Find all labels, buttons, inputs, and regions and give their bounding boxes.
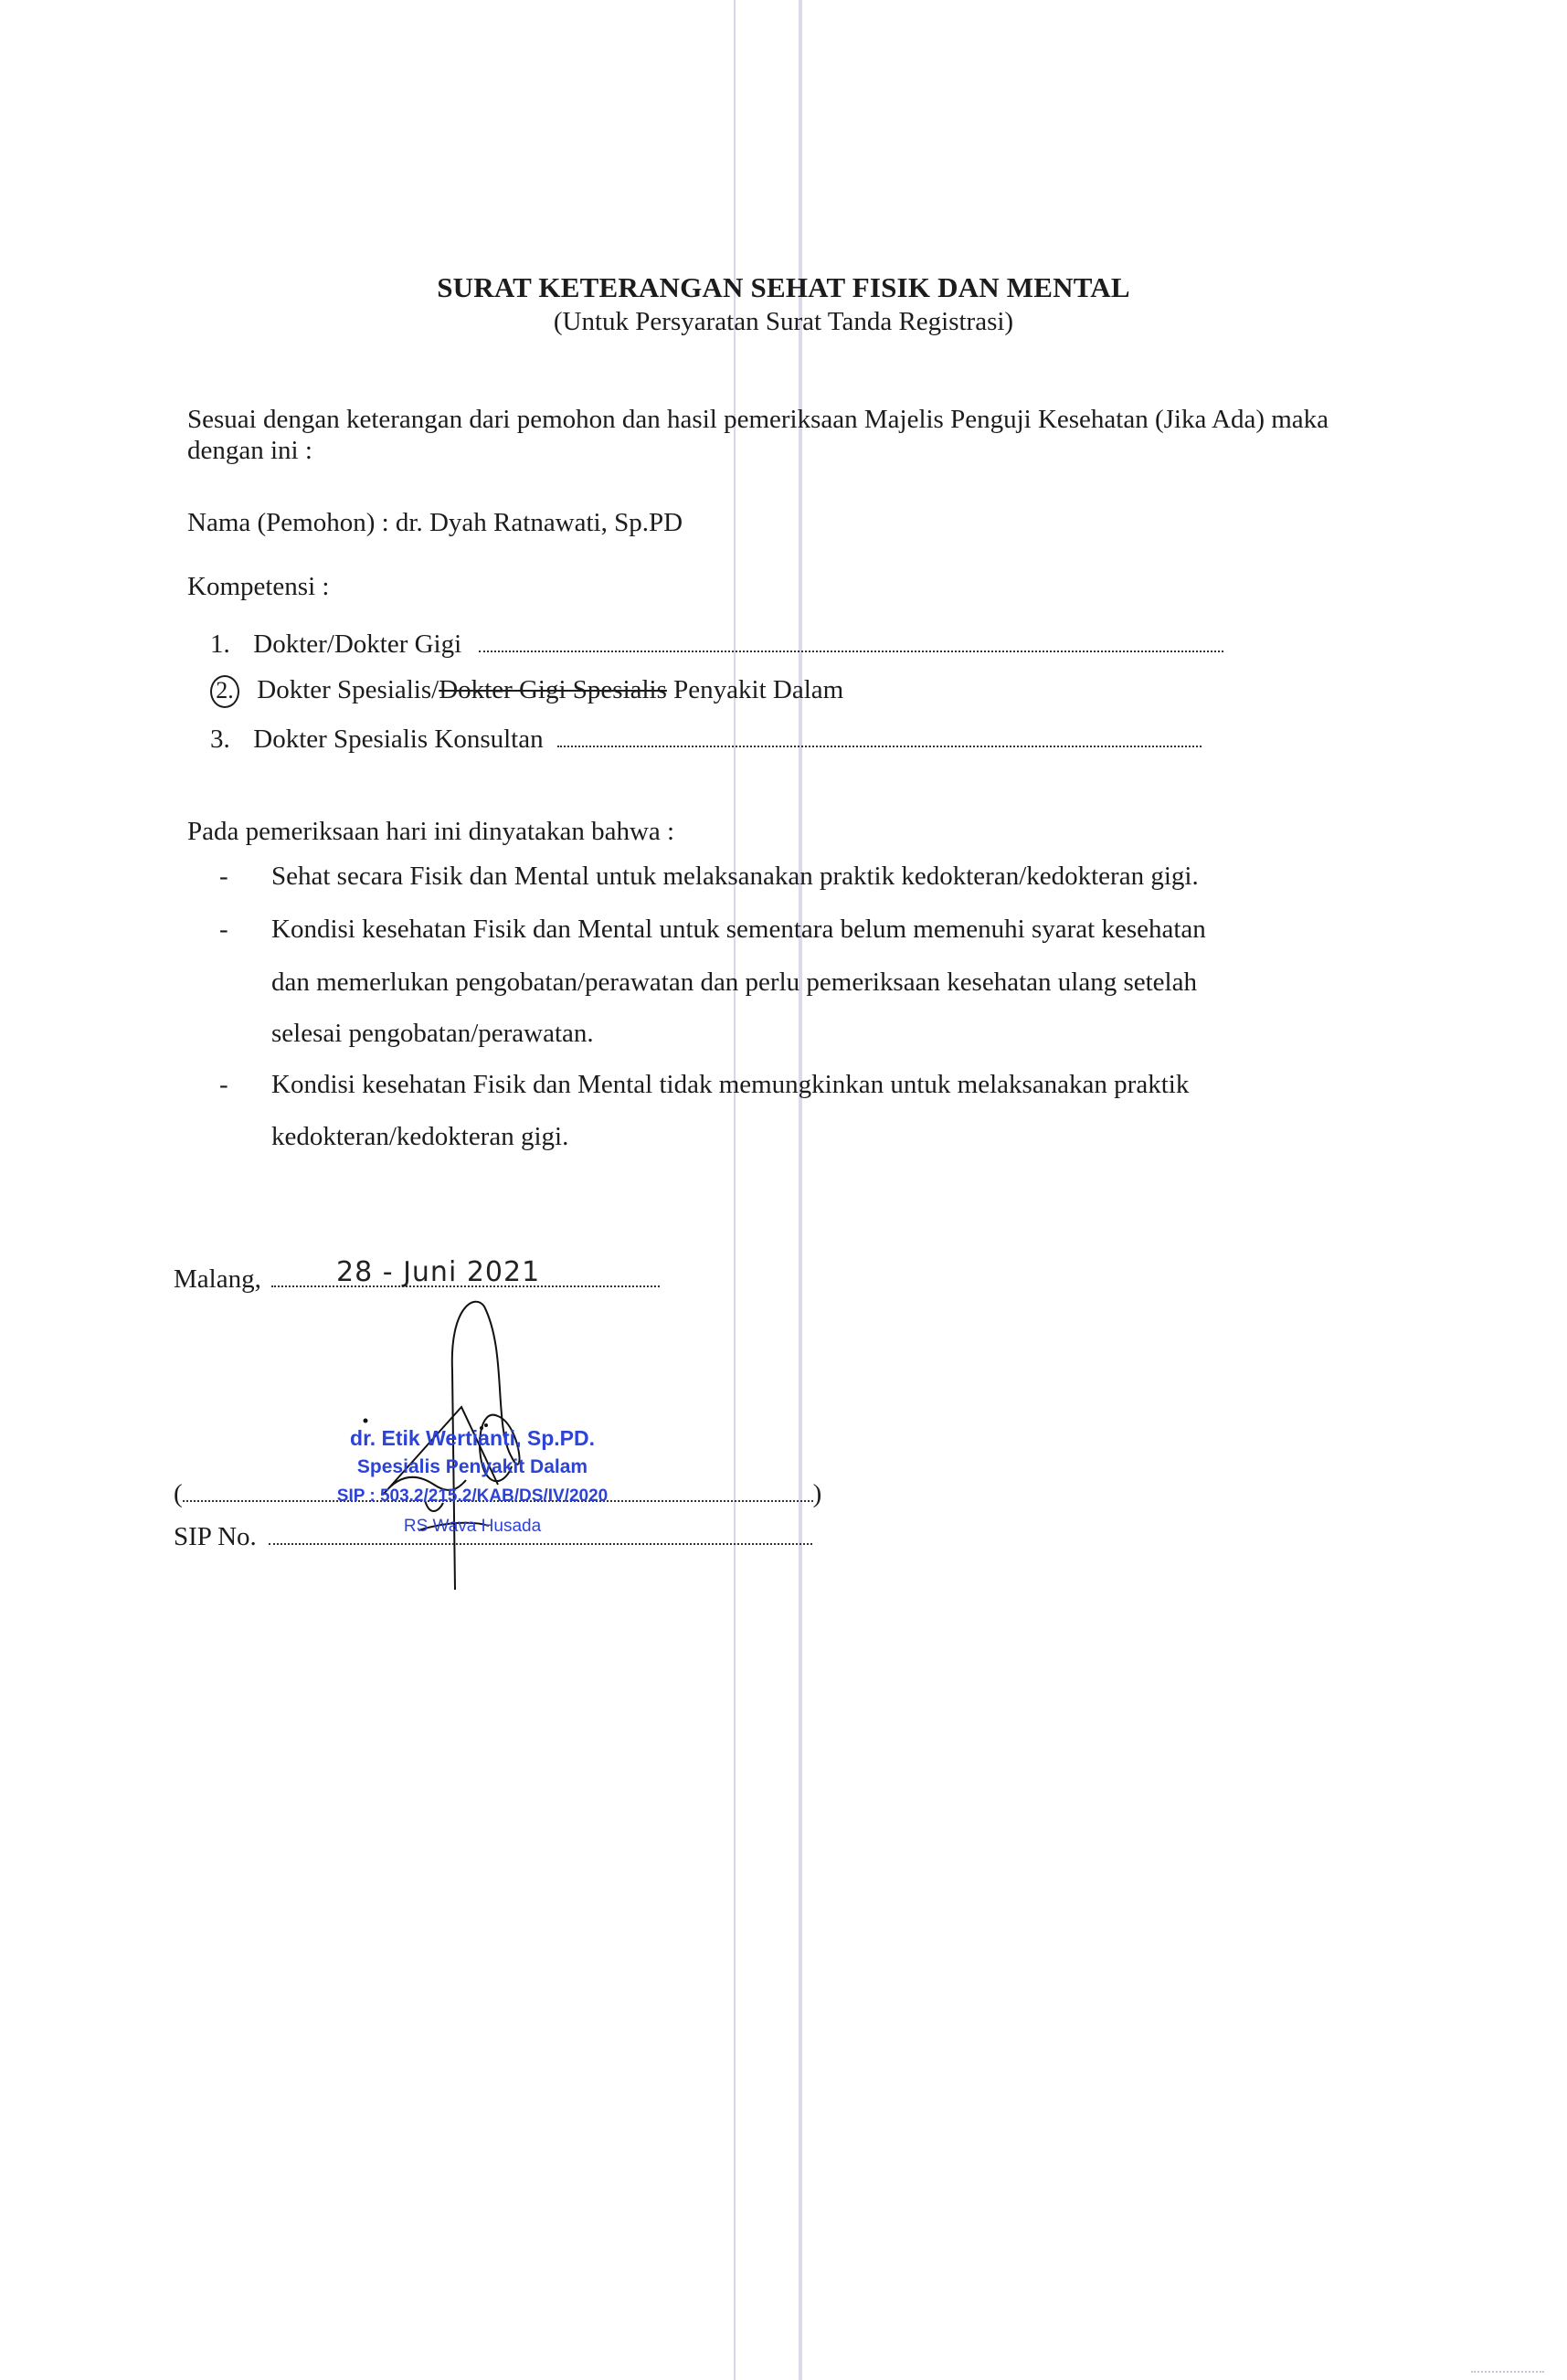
stamp-name: dr. Etik Wertianti, Sp.PD. [299, 1426, 646, 1451]
intro-paragraph: Sesuai dengan keterangan dari pemohon da… [187, 404, 1375, 466]
statement-continuation: selesai pengobatan/perawatan. [271, 1018, 594, 1049]
stamp-sip: SIP : 503.2/215.2/KAB/DS/IV/2020 [299, 1486, 646, 1507]
statement-item: -Kondisi kesehatan Fisik dan Mental untu… [219, 914, 1206, 945]
item-text-struck: Dokter Gigi Spesialis [439, 675, 667, 704]
stamp-hospital: RS Wava Husada [299, 1517, 646, 1537]
competence-item: 3. Dokter Spesialis Konsultan [210, 724, 1202, 755]
competence-item: 1. Dokter/Dokter Gigi [210, 629, 1223, 660]
close-paren: ) [813, 1479, 822, 1508]
circled-number: 2. [210, 675, 239, 708]
item-text-suffix: Penyakit Dalam [667, 675, 843, 704]
competence-item-selected: 2. Dokter Spesialis/Dokter Gigi Spesiali… [210, 674, 843, 708]
applicant-name: dr. Dyah Ratnawati, Sp.PD [396, 508, 683, 537]
item-text-prefix: Dokter Spesialis/ [257, 675, 439, 704]
statement-continuation: dan memerlukan pengobatan/perawatan dan … [271, 967, 1197, 998]
open-paren: ( [174, 1479, 183, 1508]
fold-line [799, 0, 802, 2380]
stamp-specialty: Spesialis Penyakit Dalam [299, 1456, 646, 1478]
scan-artifact [1471, 2369, 1544, 2373]
competence-label: Kompetensi : [187, 571, 329, 602]
fill-dots [479, 630, 1223, 652]
document-title: SURAT KETERANGAN SEHAT FISIK DAN MENTAL [0, 271, 1567, 304]
document-subtitle: (Untuk Persyaratan Surat Tanda Registras… [0, 307, 1567, 337]
handwritten-date: 28 - Juni 2021 [336, 1256, 540, 1288]
fill-dots [557, 725, 1202, 747]
item-number: 3. [210, 724, 247, 755]
item-text: Dokter/Dokter Gigi [253, 629, 461, 659]
statement-item: -Kondisi kesehatan Fisik dan Mental tida… [219, 1069, 1189, 1100]
applicant-line: Nama (Pemohon) : dr. Dyah Ratnawati, Sp.… [187, 507, 683, 538]
place-label: Malang, [174, 1264, 261, 1294]
statement-label: Pada pemeriksaan hari ini dinyatakan bah… [187, 816, 674, 847]
item-text: Dokter Spesialis Konsultan [253, 725, 543, 754]
applicant-label: Nama (Pemohon) : [187, 508, 389, 537]
fold-line [734, 0, 736, 2380]
sip-label: SIP No. [174, 1522, 257, 1551]
item-number: 1. [210, 629, 247, 660]
statement-continuation: kedokteran/kedokteran gigi. [271, 1121, 568, 1152]
statement-item: -Sehat secara Fisik dan Mental untuk mel… [219, 861, 1199, 892]
